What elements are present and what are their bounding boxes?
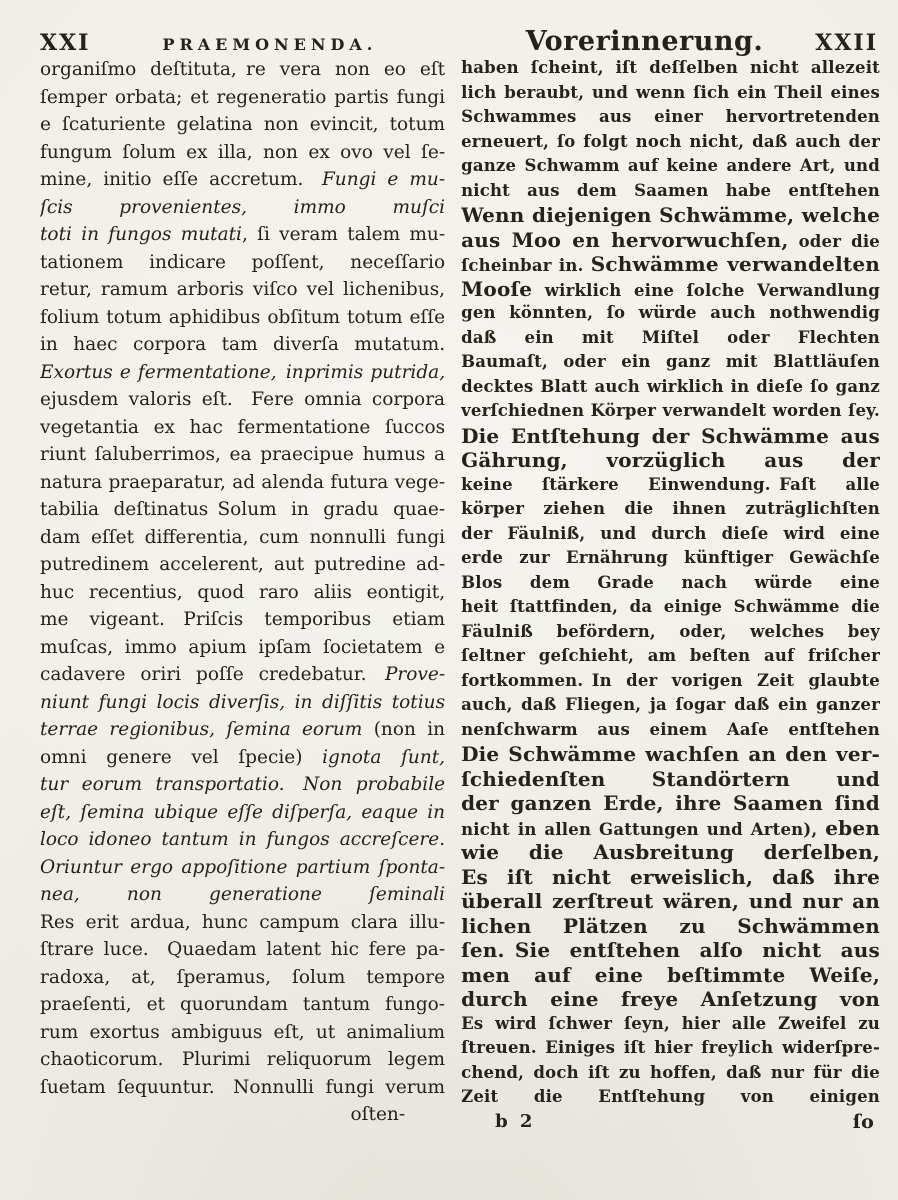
page-header: XXI PRAEMONENDA. Vorerinnerung. XXII xyxy=(0,0,898,46)
text-line: terrae regionibus, ſemina eorum (non in xyxy=(40,716,445,744)
german-column: haben ſcheint, iſt deſſelben nicht allez… xyxy=(461,56,880,1134)
text-line: Oriuntur ergo appoſitione partium ſponta… xyxy=(40,854,445,882)
german-footer-line: b 2 ſo xyxy=(461,1110,880,1135)
right-page-number: XXII xyxy=(815,30,878,56)
left-page-number: XXI xyxy=(40,30,90,56)
text-line: fortkommen. In der vorigen Zeit glaubte … xyxy=(461,669,880,694)
text-line: retur, ramum arboris viſco vel lichenibu… xyxy=(40,276,445,304)
text-line: omni genere vel ſpecie) ignota ſunt, ign… xyxy=(40,744,445,772)
signature-mark: b 2 xyxy=(461,1110,535,1135)
text-line: ſtreuen. Einiges iſt hier freylich wider… xyxy=(461,1036,880,1061)
text-line: auch, daß Fliegen, ja ſogar daß ein ganz… xyxy=(461,693,880,718)
text-line: nea, non generatione ſeminali determinat… xyxy=(40,881,445,909)
text-line: der ganzen Erde, ihre Saamen ſind (doch xyxy=(461,791,880,816)
text-line: Res erit ardua, hunc campum clara illu- xyxy=(40,909,445,937)
text-line: ſcis provenientes, immo muſci (apparente… xyxy=(40,194,445,222)
right-running-title: Vorerinnerung. xyxy=(526,26,764,57)
text-line: tabilia deſtinatus Solum in gradu quae- xyxy=(40,496,445,524)
text-line: folium totum aphidibus obſitum totum eſſ… xyxy=(40,304,445,332)
text-line: in haec corpora tam diverſa mutatum. xyxy=(40,331,445,359)
text-line: gen könnten, ſo würde auch nothwendig fo… xyxy=(461,301,880,326)
text-line: erde zur Ernährung künftiger Gewächſe be… xyxy=(461,546,880,571)
text-line: Blos dem Grade nach würde eine Verſchied… xyxy=(461,571,880,596)
text-line: vegetantia ex hac fermentatione ſuccos h… xyxy=(40,414,445,442)
catchword: ſo xyxy=(853,1110,880,1135)
text-line: haben ſcheint, iſt deſſelben nicht allez… xyxy=(461,56,880,81)
latin-text-block: organiſmo deſtituta, re vera non eo eſtſ… xyxy=(40,56,445,1101)
text-line: Es wird ſchwer ſeyn, hier alle Zweifel z… xyxy=(461,1012,880,1037)
text-line: ganze Schwamm auf keine andere Art, und xyxy=(461,154,880,179)
text-line: Gährung, vorzüglich aus der fauligen, iſ… xyxy=(461,448,880,473)
text-line: ſuetam ſequuntur. Nonnulli fungi verum xyxy=(40,1074,445,1102)
text-line: nicht aus dem Saamen habe entſtehen könn… xyxy=(461,179,880,204)
text-line: wie die Ausbreitung derſelben, unbekannt… xyxy=(461,840,880,865)
text-line: muſcas, immo apium ipſam ſocietatem e xyxy=(40,634,445,662)
text-line: tur eorum transportatio. Non probabile xyxy=(40,771,445,799)
text-line: men auf eine beſtimmte Weiſe, ſondern xyxy=(461,963,880,988)
text-line: niunt fungi locis diverſis, in diſſitis … xyxy=(40,689,445,717)
text-line: ſchiedenſten Standörtern und Gegenden xyxy=(461,767,880,792)
latin-catchword-line: oſten- xyxy=(40,1101,445,1129)
text-line: nenſchwarm aus einem Aaſe entſtehen könn… xyxy=(461,718,880,743)
text-line: huc recentius, quod raro aliis eontigit,… xyxy=(40,579,445,607)
text-line: körper ziehen die ihnen zuträglichſten S… xyxy=(461,497,880,522)
text-line: Exortus e fermentatione, inprimis putrid… xyxy=(40,359,445,387)
text-line: Baumaſt, oder ein ganz mit Blattläuſen ü… xyxy=(461,350,880,375)
book-page-scan: XXI PRAEMONENDA. Vorerinnerung. XXII org… xyxy=(0,0,898,1200)
text-line: chend, doch iſt zu hoffen, daß nur für d… xyxy=(461,1061,880,1086)
text-line: verſchiednen Körper verwandelt worden ſe… xyxy=(461,399,880,424)
text-line: ejusdem valoris eſt. Fere omnia corpora xyxy=(40,386,445,414)
text-line: dam eſſet differentia, cum nonnulli fung… xyxy=(40,524,445,552)
text-line: decktes Blatt auch wirklich in dieſe ſo … xyxy=(461,375,880,400)
text-line: riunt ſaluberrimos, ea praecipue humus a xyxy=(40,441,445,469)
text-line: erneuert, ſo folgt noch nicht, daß auch … xyxy=(461,130,880,155)
text-line: rum exortus ambiguus eſt, ut animalium xyxy=(40,1019,445,1047)
text-line: keine ſtärkere Einwendung. Faſt alle Gew… xyxy=(461,473,880,498)
text-line: chaoticorum. Plurimi reliquorum legem xyxy=(40,1046,445,1074)
text-line: ſtrare luce. Quaedam latent hic fere pa- xyxy=(40,936,445,964)
text-line: lich beraubt, und wenn ſich ein Theil ei… xyxy=(461,81,880,106)
text-line: radoxa, at, ſperamus, ſolum tempore xyxy=(40,964,445,992)
text-line: praeſenti, et quorundam tantum fungo- xyxy=(40,991,445,1019)
text-line: me vigeant. Priſcis temporibus etiam xyxy=(40,606,445,634)
text-line: putredinem accelerent, aut putredine ad- xyxy=(40,551,445,579)
text-line: fungum ſolum ex illa, non ex ovo vel ſe- xyxy=(40,139,445,167)
text-line: lichen Plätzen zu Schwämmen aufwüch- xyxy=(461,914,880,939)
catchword: oſten- xyxy=(351,1104,446,1125)
text-line: mine, initio eſſe accretum. Fungi e mu- xyxy=(40,166,445,194)
text-line: tationem indicare poſſent, neceſſario ſe… xyxy=(40,249,445,277)
text-line: ſcheinbar in. Schwämme verwandelten xyxy=(461,252,880,277)
text-line: Mooſe wirklich eine ſolche Verwandlung a… xyxy=(461,277,880,302)
latin-column: organiſmo deſtituta, re vera non eo eſtſ… xyxy=(40,56,445,1134)
text-line: ſemper orbata; et regeneratio partis fun… xyxy=(40,84,445,112)
german-text-block: haben ſcheint, iſt deſſelben nicht allez… xyxy=(461,56,880,1110)
text-line: daß ein mit Miſtel oder Flechten überzog… xyxy=(461,326,880,351)
text-columns: organiſmo deſtituta, re vera non eo eſtſ… xyxy=(0,46,898,1134)
text-line: durch eine freye Anſetzung von Theilchen… xyxy=(461,987,880,1012)
text-line: ſen. Sie entſtehen alſo nicht aus Saa- xyxy=(461,938,880,963)
text-line: Wenn diejenigen Schwämme, welche xyxy=(461,203,880,228)
text-line: Es iſt nicht erweislich, daß ihre Saamen xyxy=(461,865,880,890)
text-line: organiſmo deſtituta, re vera non eo eſt xyxy=(40,56,445,84)
text-line: Zeit die Entſtehung von einigen Schwämme… xyxy=(461,1085,880,1110)
text-line: e ſcaturiente gelatina non evincit, totu… xyxy=(40,111,445,139)
text-line: eſt, ſemina ubique eſſe diſperſa, eaque … xyxy=(40,799,445,827)
text-line: natura praeparatur, ad alenda futura veg… xyxy=(40,469,445,497)
text-line: Die Schwämme wachſen an den ver- xyxy=(461,742,880,767)
text-line: Die Entſtehung der Schwämme aus der xyxy=(461,424,880,449)
text-line: ſeltner geſchieht, am beſten auf friſche… xyxy=(461,644,880,669)
header-left: XXI PRAEMONENDA. xyxy=(40,30,454,56)
left-running-title: PRAEMONENDA. xyxy=(162,35,377,54)
text-line: heit ſtattfinden, da einige Schwämme die xyxy=(461,595,880,620)
text-line: der Fäulniß, und durch dieſe wird eine D… xyxy=(461,522,880,547)
text-line: loco idoneo tantum in fungos accreſcere. xyxy=(40,826,445,854)
text-line: toti in fungos mutati, ſi veram talem mu… xyxy=(40,221,445,249)
text-line: aus Moo en hervorwuchſen, oder die xyxy=(461,228,880,253)
header-right: Vorerinnerung. XXII xyxy=(454,26,878,57)
text-line: cadavere oriri poſſe credebatur. Prove- xyxy=(40,661,445,689)
text-line: nicht in allen Gattungen und Arten), ebe… xyxy=(461,816,880,841)
text-line: überall zerſtreut wären, und nur an ſchi… xyxy=(461,889,880,914)
text-line: Schwammes aus einer hervortretenden Gall… xyxy=(461,105,880,130)
text-line: Fäulniß befördern, oder, welches bey and… xyxy=(461,620,880,645)
